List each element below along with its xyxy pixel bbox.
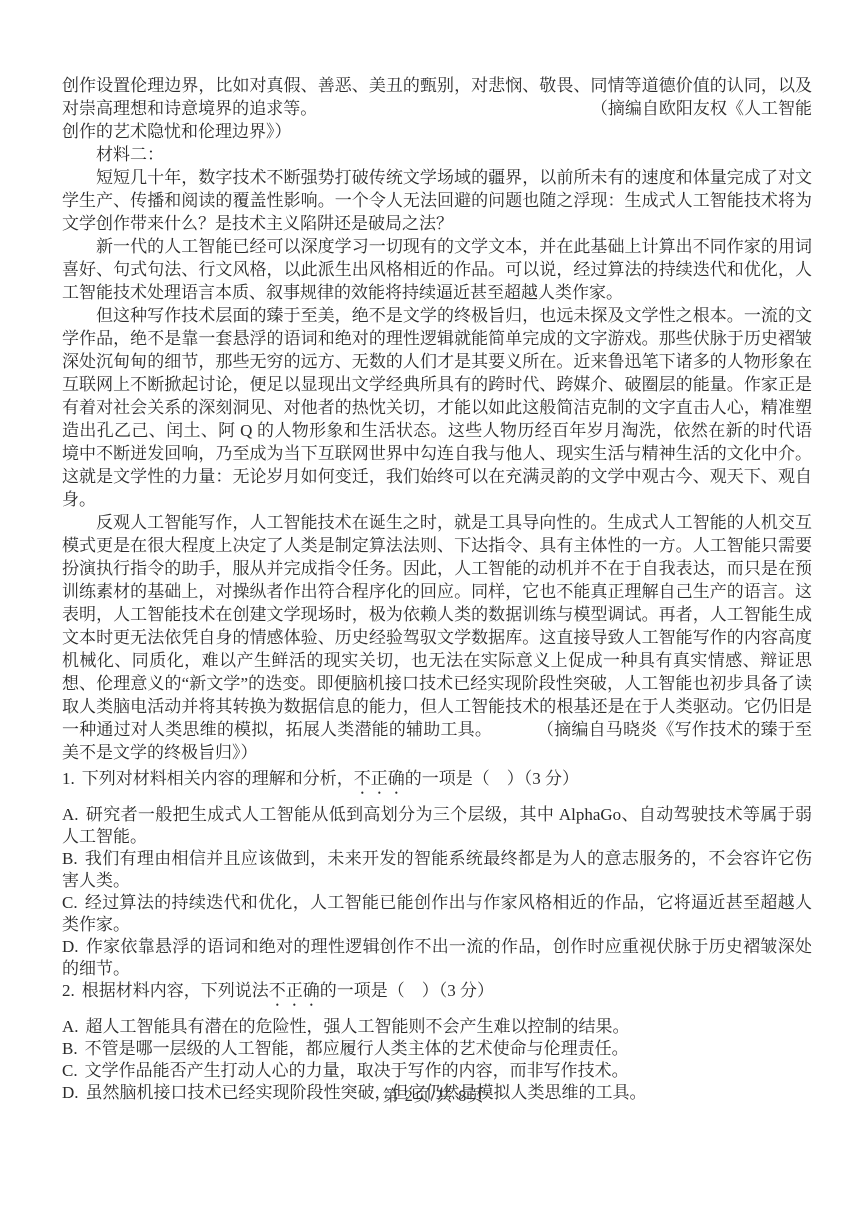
option-label: A. [62, 1017, 79, 1036]
question-2-number: 2. [62, 981, 75, 1000]
question-2-stem-prefix: 根据材料内容，下列说法 [82, 981, 269, 1000]
question-1-option-c: C.经过算法的持续迭代和优化，人工智能已能创作出与作家风格相近的作品，它将逼近甚… [62, 892, 812, 936]
option-label: D. [62, 937, 79, 956]
question-1-option-b: B.我们有理由相信并且应该做到，未来开发的智能系统最终都是为人的意志服务的，不会… [62, 848, 812, 892]
question-2-option-a: A.超人工智能具有潜在的危险性，强人工智能则不会产生难以控制的结果。 [62, 1016, 812, 1038]
material2-paragraph-3: 但这种写作技术层面的臻于至美，绝不是文学的终极旨归，也远未探及文学性之根本。一流… [62, 304, 812, 511]
option-label: C. [62, 1061, 78, 1080]
option-text: 不管是哪一层级的人工智能，都应履行人类主体的艺术使命与伦理责任。 [85, 1039, 629, 1058]
option-text: 作家依靠悬浮的语词和绝对的理性逻辑创作不出一流的作品，创作时应重视伏脉于历史褶皱… [62, 937, 812, 978]
option-text: 超人工智能具有潜在的危险性，强人工智能则不会产生难以控制的结果。 [86, 1017, 630, 1036]
paragraph-continuation: 创作设置伦理边界，比如对真假、善恶、美丑的甄别，对悲悯、敬畏、同情等道德价值的认… [62, 74, 812, 143]
question-1-stem-prefix: 下列对材料相关内容的理解和分析， [82, 769, 354, 788]
question-1: 1.下列对材料相关内容的理解和分析，不正确的一项是（ ）（3 分） A.研究者一… [62, 768, 812, 980]
citation-spacer [497, 734, 533, 735]
questions-section: 1.下列对材料相关内容的理解和分析，不正确的一项是（ ）（3 分） A.研究者一… [62, 768, 812, 1104]
page-number: 第 2页/共 8页 [0, 1083, 867, 1106]
option-text: 文学作品能否产生打动人心的力量，取决于写作的内容，而非写作技术。 [85, 1061, 629, 1080]
page-content: 创作设置伦理边界，比如对真假、善恶、美丑的甄别，对悲悯、敬畏、同情等道德价值的认… [62, 74, 812, 1104]
material2-heading: 材料二： [62, 143, 812, 166]
option-label: A. [62, 805, 79, 824]
option-text: 我们有理由相信并且应该做到，未来开发的智能系统最终都是为人的意志服务的，不会容许… [62, 849, 812, 890]
citation-spacer [322, 113, 587, 114]
material2-paragraph-4: 反观人工智能写作，人工智能技术在诞生之时，就是工具导向性的。生成式人工智能的人机… [62, 511, 812, 764]
question-1-stem-suffix: 的一项是（ ）（3 分） [405, 769, 579, 788]
option-label: B. [62, 849, 78, 868]
material2-paragraph-4-text: 反观人工智能写作，人工智能技术在诞生之时，就是工具导向性的。生成式人工智能的人机… [62, 513, 812, 739]
exam-page: 创作设置伦理边界，比如对真假、善恶、美丑的甄别，对悲悯、敬畏、同情等道德价值的认… [0, 0, 867, 1227]
option-text: 经过算法的持续迭代和优化，人工智能已能创作出与作家风格相近的作品，它将逼近甚至超… [62, 893, 812, 934]
material2-paragraph-1: 短短几十年，数字技术不断强势打破传统文学场域的疆界，以前所未有的速度和体量完成了… [62, 166, 812, 235]
option-label: B. [62, 1039, 78, 1058]
option-label: C. [62, 893, 78, 912]
question-2-stem-emphasis: 不正确 [269, 981, 320, 1000]
question-2-stem: 2.根据材料内容，下列说法不正确的一项是（ ）（3 分） [62, 980, 812, 1010]
question-1-option-d: D.作家依靠悬浮的语词和绝对的理性逻辑创作不出一流的作品，创作时应重视伏脉于历史… [62, 936, 812, 980]
question-1-stem: 1.下列对材料相关内容的理解和分析，不正确的一项是（ ）（3 分） [62, 768, 812, 798]
question-2-stem-suffix: 的一项是（ ）（3 分） [320, 981, 494, 1000]
material2-paragraph-2: 新一代的人工智能已经可以深度学习一切现有的文学文本，并在此基础上计算出不同作家的… [62, 235, 812, 304]
option-text: 研究者一般把生成式人工智能从低到高划分为三个层级，其中 AlphaGo、自动驾驶… [62, 805, 812, 846]
question-1-stem-emphasis: 不正确 [354, 769, 405, 788]
question-2-option-b: B.不管是哪一层级的人工智能，都应履行人类主体的艺术使命与伦理责任。 [62, 1038, 812, 1060]
question-2-option-c: C.文学作品能否产生打动人心的力量，取决于写作的内容，而非写作技术。 [62, 1060, 812, 1082]
question-1-number: 1. [62, 769, 75, 788]
question-1-option-a: A.研究者一般把生成式人工智能从低到高划分为三个层级，其中 AlphaGo、自动… [62, 804, 812, 848]
